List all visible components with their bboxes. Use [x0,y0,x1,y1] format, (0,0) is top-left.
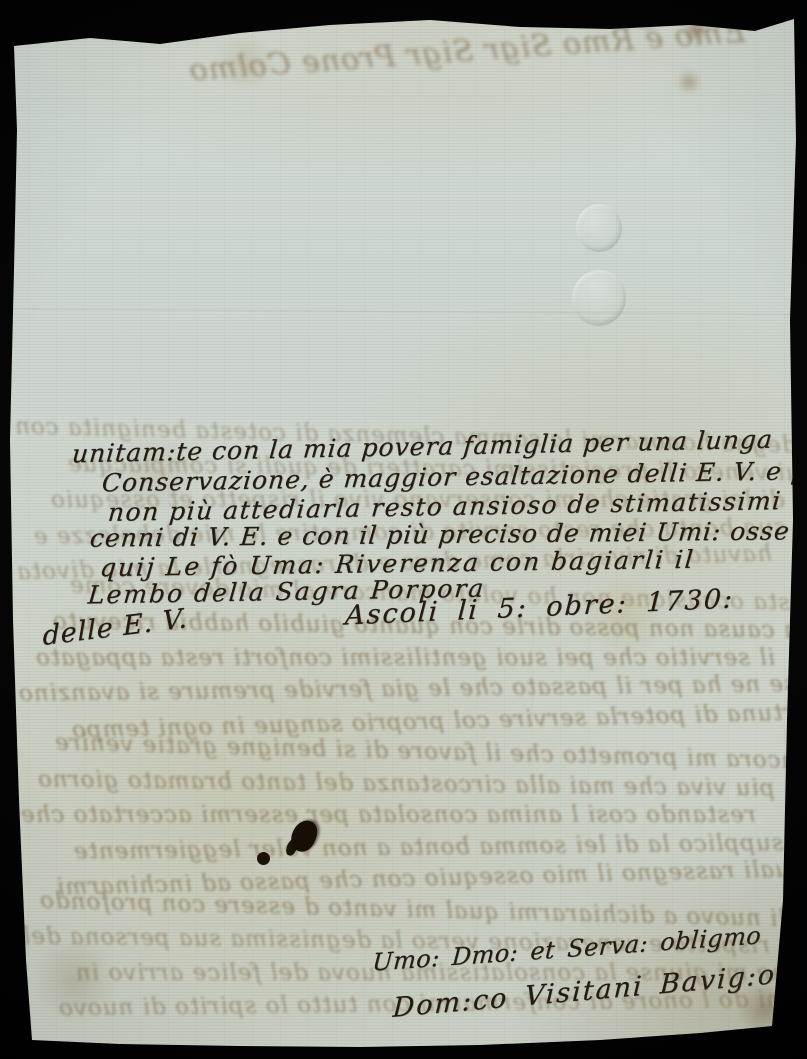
stain [30,940,120,1020]
bleedthrough-header: Emo e Rmo Sigr Sigr Prone Colmo [187,15,746,89]
embossed-seal-top [576,204,622,252]
ghost-line: se ne ha per il passato che le gia fervi… [18,671,796,707]
letter-address-note: delle E. V. [42,603,188,652]
ghost-line: ancora mi prometto che il favore di si b… [54,730,807,774]
ghost-line: di nuovo a dichiararmi qual mi vanto d e… [39,887,794,931]
fold-crease [0,94,807,101]
manuscript-page: Emo e Rmo Sigr Sigr Prone Colmo che si d… [0,0,807,1059]
ghost-line: la fortuna di poterla servire col propri… [71,698,807,743]
ink-dot [257,852,270,865]
stain [210,40,280,86]
ghost-line: onde supplico la di lei somma bonta a no… [73,829,807,865]
ghost-line: restando cosi l anima consolata per esse… [20,802,756,828]
stain [681,18,709,42]
ghost-line: li quali rassegno il mio ossequio con ch… [56,856,807,901]
ghost-line: il servitio che pei suoi gentilissimi co… [35,645,775,671]
stain [630,4,664,30]
fold-crease [0,308,807,317]
embossed-seal-bottom [568,267,629,330]
photograph-background: Emo e Rmo Sigr Sigr Prone Colmo che si d… [0,0,807,1059]
ink-blot [288,817,321,855]
ghost-line: piu viva che mai alla circostanza del ta… [37,766,775,801]
stain [676,70,702,94]
